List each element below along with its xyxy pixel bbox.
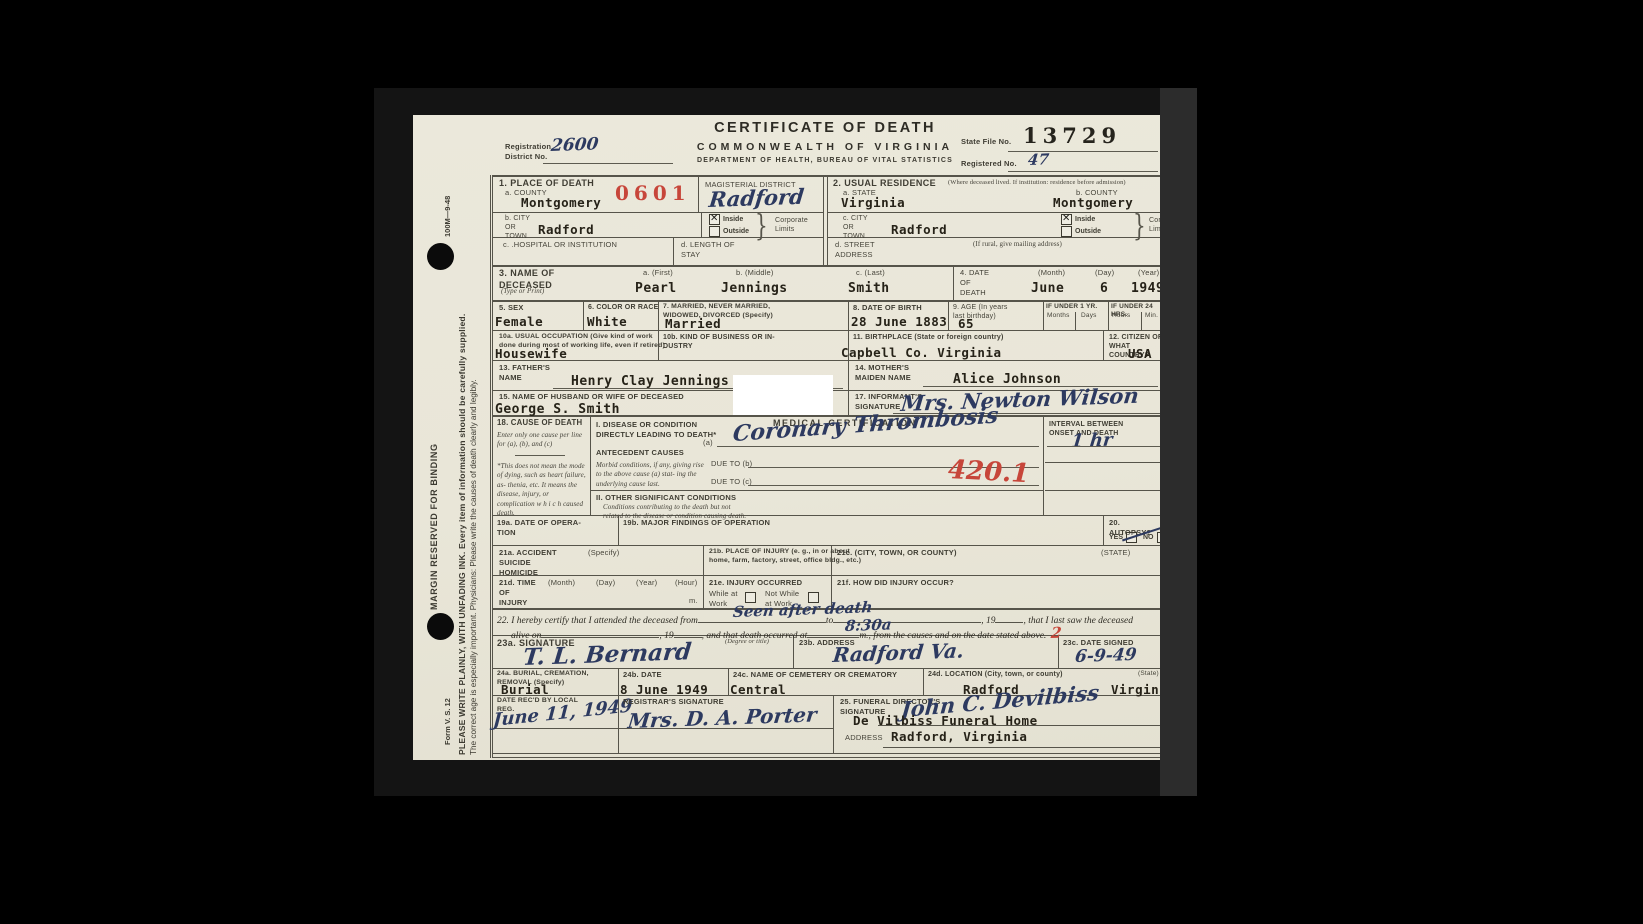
margin-instruction-2: The correct age is especially important.…: [469, 137, 478, 755]
last-name-value: Smith: [848, 282, 890, 295]
middle-name-label: b. (Middle): [736, 268, 774, 278]
accident-label: 21a. ACCIDENT SUICIDE HOMICIDE: [499, 548, 557, 577]
birth-date-value: 28 June 1883: [851, 316, 947, 329]
grid-line: [493, 575, 1160, 576]
grid-line: [1047, 446, 1160, 447]
autopsy-no-label: NO: [1143, 534, 1154, 541]
occupation-value: Housewife: [495, 348, 567, 361]
date-signed-value: 6-9-49: [1074, 647, 1137, 666]
county-value: Montgomery: [521, 197, 601, 210]
grid-line: [673, 237, 674, 265]
sex-value: Female: [495, 316, 543, 329]
funeral-address-label: ADDRESS: [845, 733, 883, 743]
city-town-value: Radford: [538, 224, 594, 237]
usual-residence-note: (Where deceased lived. If institution: r…: [948, 179, 1126, 188]
inside-label: Inside: [723, 216, 743, 223]
grid-line: [590, 415, 591, 515]
inside-checkbox-row: Inside: [709, 214, 743, 225]
grid-line: [833, 695, 834, 753]
blank-line: [995, 613, 1023, 623]
length-of-stay-label: d. LENGTH OF STAY: [681, 240, 735, 260]
interval-value: 1 hr: [1070, 432, 1113, 452]
date-of-operation-label: 19a. DATE OF OPERA- TION: [497, 518, 581, 538]
district-code-stamp: 0601: [615, 183, 691, 203]
race-value: White: [587, 316, 627, 329]
grid-line: [1045, 490, 1160, 491]
antecedent-causes-label: ANTECEDENT CAUSES: [596, 448, 684, 458]
death-time-handwriting: 8:30a: [844, 617, 892, 634]
grid-line: [493, 753, 1160, 754]
date-of-death-label: 4. DATE OF DEATH: [960, 268, 989, 297]
blank-line: [674, 628, 702, 638]
grid-line: [823, 175, 824, 265]
funeral-home-value: De Vilbiss Funeral Home: [853, 715, 1038, 728]
how-injury-label: 21f. HOW DID INJURY OCCUR?: [837, 578, 954, 588]
grid-line: [583, 300, 584, 330]
burial-date-value: 8 June 1949: [620, 684, 708, 697]
cause-note-1: Enter only one cause per line for (a), (…: [497, 431, 585, 450]
business-label: 10b. KIND OF BUSINESS OR IN- DUSTRY: [663, 333, 775, 351]
grid-line: [1108, 300, 1109, 330]
citizen-value: USA: [1128, 348, 1152, 361]
registered-no-value: 47: [1027, 152, 1049, 168]
grid-line: [493, 757, 1160, 758]
spouse-label: 15. NAME OF HUSBAND OR WIFE OF DECEASED: [499, 392, 684, 402]
cemetery-value: Central: [730, 684, 786, 697]
registered-no-label: Registered No.: [961, 159, 1017, 169]
grid-line: [1045, 462, 1160, 463]
days-label: Days: [1081, 312, 1097, 320]
burial-value: Burial: [501, 684, 549, 697]
brace-glyph: }: [755, 210, 768, 240]
grid-line: [1075, 312, 1076, 330]
due-to-c-label: DUE TO (c): [711, 477, 752, 487]
other-conditions-label: II. OTHER SIGNIFICANT CONDITIONS: [596, 493, 736, 503]
punch-hole: [427, 243, 454, 270]
degree-title-note: (Degree or title): [725, 638, 769, 647]
outside-label: Outside: [723, 228, 749, 235]
grid-line: [515, 455, 565, 456]
grid-line: [493, 330, 1160, 331]
outside-checkbox: [709, 226, 720, 237]
months-label: Months: [1047, 312, 1070, 320]
registrar-signature-value: Mrs. D. A. Porter: [627, 704, 818, 731]
grid-line: [827, 175, 828, 265]
injury-month-label: (Month): [548, 578, 575, 588]
grid-line: [1008, 171, 1158, 172]
morbid-note: Morbid conditions, if any, giving rise t…: [596, 461, 704, 489]
injury-occurred-label: 21e. INJURY OCCURRED: [709, 578, 802, 588]
month-label: (Month): [1038, 268, 1065, 278]
certify-text: 22. I hereby certify that I attended the…: [497, 616, 698, 626]
grid-line: [618, 668, 619, 695]
grid-line: [848, 360, 849, 415]
grid-line: [493, 545, 1160, 546]
scan-right-strip: [1160, 88, 1197, 796]
margin-binding-note: MARGIN RESERVED FOR BINDING: [429, 350, 439, 610]
icd-code-stamp: 420.1: [947, 457, 1030, 487]
injury-city-label: 21c. (CITY, TOWN, OR COUNTY): [837, 548, 957, 558]
grid-line: [493, 212, 823, 213]
certify-text: , 19: [981, 616, 995, 626]
location-label: 24d. LOCATION (City, town, or county): [928, 670, 1063, 679]
grid-line: [590, 490, 1043, 491]
physician-address-value: Radford Va.: [832, 640, 965, 665]
funeral-address-value: Radford, Virginia: [891, 731, 1027, 744]
death-month-value: June: [1031, 282, 1064, 295]
redaction-box: [733, 375, 833, 415]
death-day-value: 6: [1100, 282, 1108, 295]
state-file-label: State File No.: [961, 137, 1011, 147]
grid-line: [493, 360, 1160, 361]
injury-year-label: (Year): [636, 578, 657, 588]
death-certificate-document: 100M—9-48 MARGIN RESERVED FOR BINDING Fo…: [413, 115, 1160, 760]
first-name-value: Pearl: [635, 282, 677, 295]
major-findings-label: 19b. MAJOR FINDINGS OF OPERATION: [623, 518, 770, 528]
father-name-value: Henry Clay Jennings: [571, 375, 729, 388]
race-label: 6. COLOR OR RACE: [588, 303, 658, 312]
residence-outside-row: Outside: [1061, 226, 1101, 237]
due-to-b-label: DUE TO (b): [711, 459, 752, 469]
residence-inside-label: Inside: [1075, 216, 1095, 223]
grid-line: [1103, 330, 1104, 360]
certify-line-2: alive on, 19, and that death occurred at…: [511, 626, 1061, 642]
first-name-label: a. (First): [643, 268, 673, 278]
certify-text: , that I last saw the deceased: [1023, 616, 1133, 626]
grid-line: [828, 212, 1160, 213]
grid-line: [1043, 300, 1044, 330]
injury-hour-label: (Hour): [675, 578, 697, 588]
residence-county-value: Montgomery: [1053, 197, 1133, 210]
injury-m-label: m.: [689, 596, 698, 606]
brace-glyph: }: [1133, 210, 1146, 240]
grid-line: [728, 668, 729, 695]
hours-label: Hours: [1112, 312, 1130, 320]
grid-line: [493, 265, 1160, 267]
mother-name-value: Alice Johnson: [953, 373, 1061, 386]
grid-line: [828, 237, 1160, 238]
registration-district-label: Registration District No.: [505, 142, 551, 162]
min-label: Min.: [1145, 312, 1158, 320]
residence-inside-checkbox: [1061, 214, 1072, 225]
margin-instruction-1: PLEASE WRITE PLAINLY, WITH UNFADING INK.…: [457, 137, 467, 755]
state-file-value: 13729: [1023, 125, 1121, 146]
grid-line: [953, 265, 954, 300]
burial-date-label: 24b. DATE: [623, 670, 662, 680]
grid-line: [948, 300, 949, 330]
page-title: CERTIFICATE OF DEATH: [625, 121, 1025, 136]
injury-state-label: (STATE): [1101, 548, 1130, 558]
type-or-print-note: (Type or Print): [501, 287, 544, 296]
grid-line: [1103, 515, 1104, 545]
sex-label: 5. SEX: [499, 303, 524, 313]
form-print-code: 100M—9-48: [443, 127, 452, 237]
last-name-label: c. (Last): [856, 268, 885, 278]
disease-condition-label: I. DISEASE OR CONDITION DIRECTLY LEADING…: [596, 420, 716, 440]
marital-value: Married: [665, 318, 721, 331]
cause-note-2: *This does not mean the mode of dying, s…: [497, 462, 587, 519]
day-label: (Day): [1095, 268, 1114, 278]
residence-outside-label: Outside: [1075, 228, 1101, 235]
grid-line: [923, 668, 924, 695]
cause-of-death-heading: 18. CAUSE OF DEATH: [497, 418, 582, 428]
death-year-value: 1949: [1131, 282, 1160, 295]
grid-line: [703, 545, 704, 608]
grid-line: [701, 212, 702, 237]
street-address-note: (If rural, give mailing address): [973, 240, 1062, 249]
street-address-label: d. STREET ADDRESS: [835, 240, 875, 260]
location-state-label: (State): [1138, 670, 1159, 678]
time-of-injury-label: 21d. TIME OF INJURY: [499, 578, 536, 607]
grid-line: [717, 446, 1039, 447]
physician-signature-value: T. L. Bernard: [522, 640, 693, 669]
outside-checkbox-row: Outside: [709, 226, 749, 237]
scan-background: 100M—9-48 MARGIN RESERVED FOR BINDING Fo…: [0, 0, 1643, 924]
year-label: (Year): [1138, 268, 1159, 278]
registration-district-value: 2600: [550, 136, 599, 155]
residence-outside-checkbox: [1061, 226, 1072, 237]
grid-line: [493, 237, 823, 238]
grid-line: [493, 300, 1160, 302]
residence-inside-row: Inside: [1061, 214, 1095, 225]
hospital-label: c. .HOSPITAL OR INSTITUTION: [503, 240, 617, 250]
form-number: Form V. S. 12: [443, 635, 452, 745]
residence-corporate-label: Corporate Limits: [1149, 216, 1160, 234]
blank-line: [541, 628, 659, 638]
autopsy-no-checkbox: [1157, 532, 1161, 543]
birthplace-value: Capbell Co. Virginia: [841, 347, 1002, 360]
grid-line: [698, 175, 699, 212]
middle-name-value: Jennings: [721, 282, 788, 295]
cause-a-prefix: (a): [703, 438, 713, 448]
grid-line: [883, 747, 1160, 748]
cemetery-label: 24c. NAME OF CEMETERY OR CREMATORY: [733, 670, 897, 680]
birth-date-label: 8. DATE OF BIRTH: [853, 303, 922, 313]
spouse-value: George S. Smith: [495, 403, 620, 416]
city-town-label: b. CITY OR TOWN: [505, 214, 530, 241]
grid-line: [493, 515, 1160, 516]
autopsy-yes-label: YES: [1109, 534, 1123, 541]
mother-name-label: 14. MOTHER'S MAIDEN NAME: [855, 363, 911, 383]
residence-city-label: c. CITY OR TOWN: [843, 214, 868, 241]
corporate-limits-label: Corporate Limits: [775, 216, 808, 234]
residence-city-value: Radford: [891, 224, 947, 237]
age-value: 65: [958, 318, 974, 331]
birthplace-label: 11. BIRTHPLACE (State or foreign country…: [853, 333, 1004, 342]
location-state-value: Virginia: [1111, 684, 1160, 697]
under-1yr-label: IF UNDER 1 YR.: [1046, 303, 1097, 311]
red-figure-2: 2: [1050, 626, 1062, 641]
certificate-form-grid: 1. PLACE OF DEATH a. COUNTY Montgomery 0…: [490, 175, 1160, 758]
accident-specify-label: (Specify): [588, 548, 619, 558]
father-name-label: 13. FATHER'S NAME: [499, 363, 550, 383]
inside-checkbox: [709, 214, 720, 225]
state-value: Virginia: [841, 197, 905, 210]
injury-day-label: (Day): [596, 578, 615, 588]
grid-line: [848, 300, 849, 330]
grid-line: [1043, 415, 1044, 515]
